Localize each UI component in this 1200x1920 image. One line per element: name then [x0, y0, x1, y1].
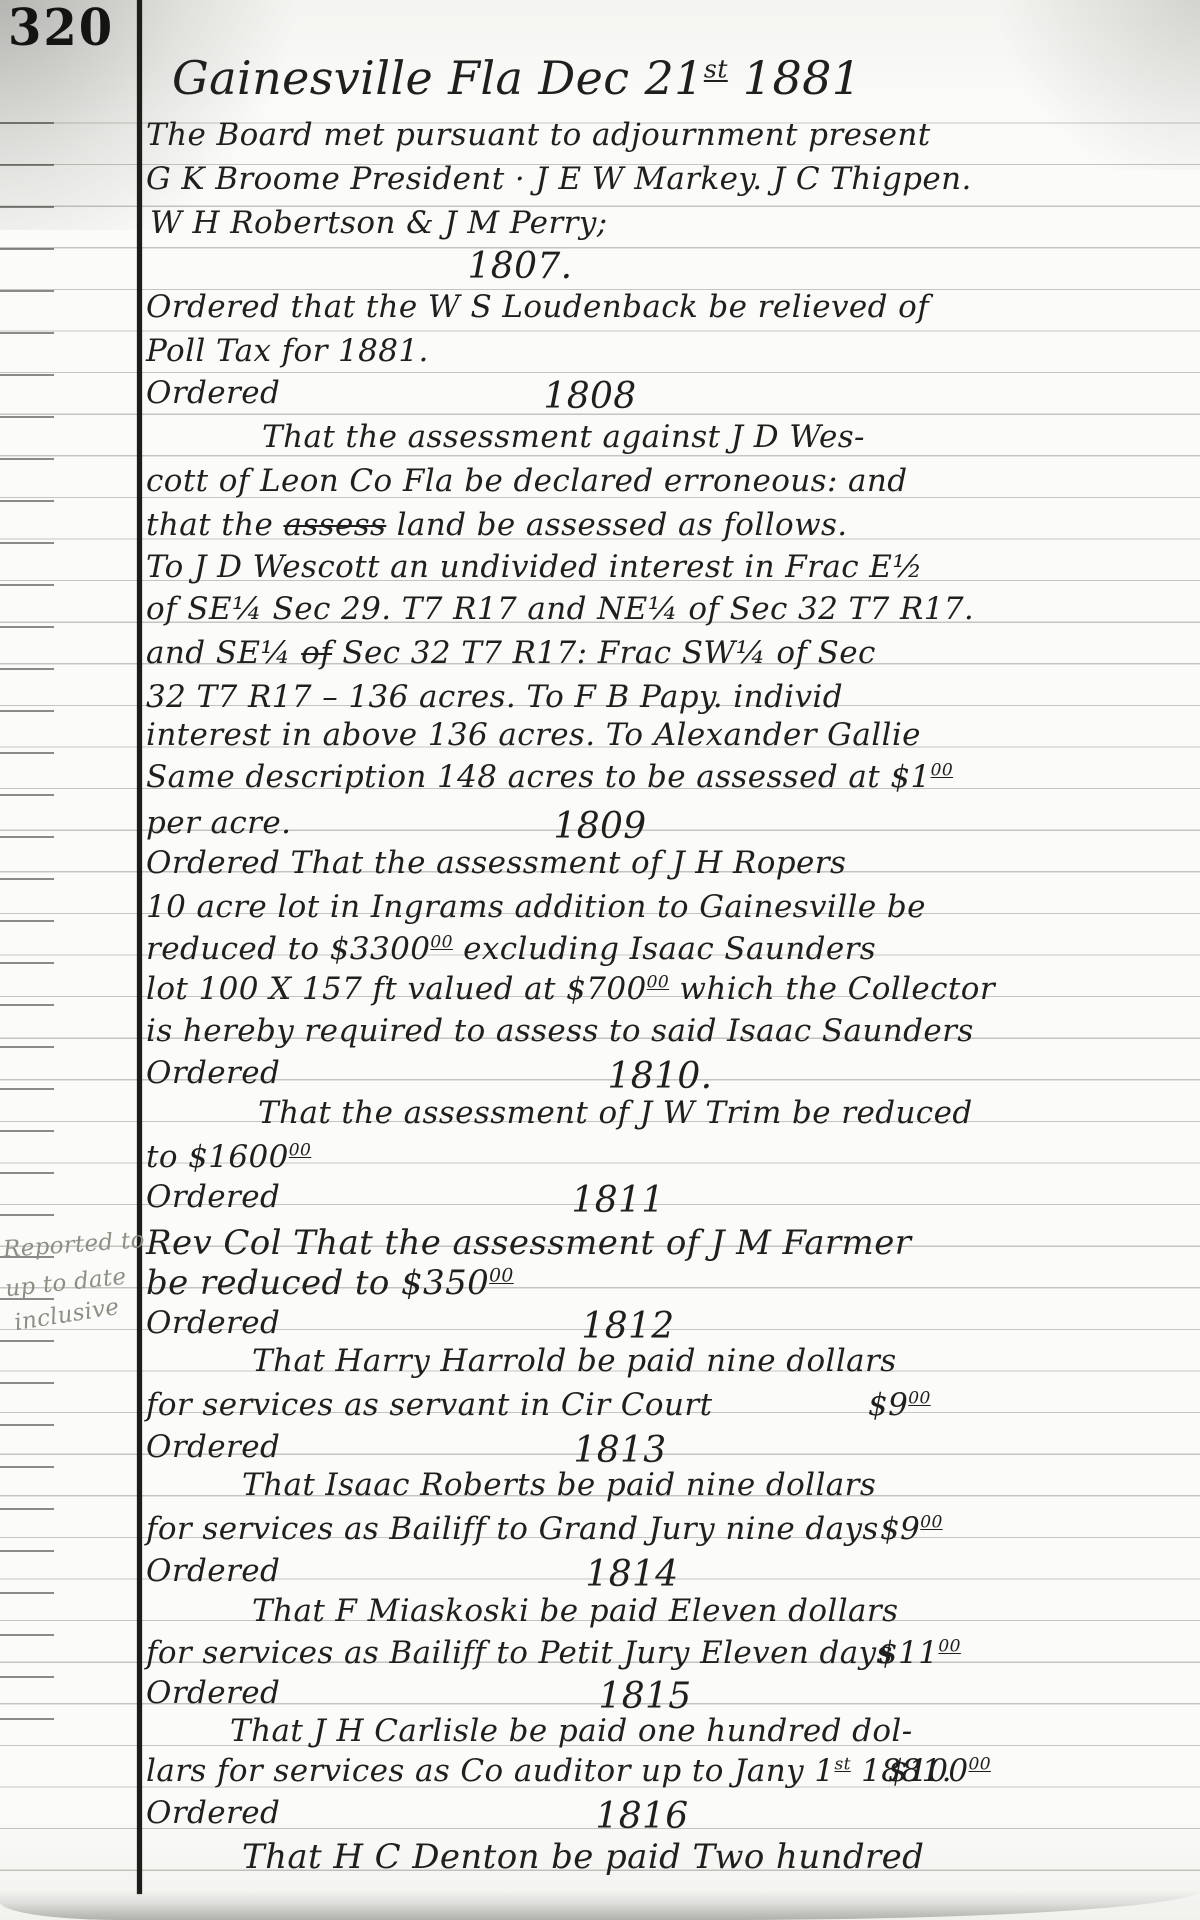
ledger-page: 320 Reported toup to dateinclusive Gaine… [0, 0, 1200, 1920]
manuscript: Gainesville Fla Dec 21st 1881The Board m… [0, 0, 1200, 1920]
